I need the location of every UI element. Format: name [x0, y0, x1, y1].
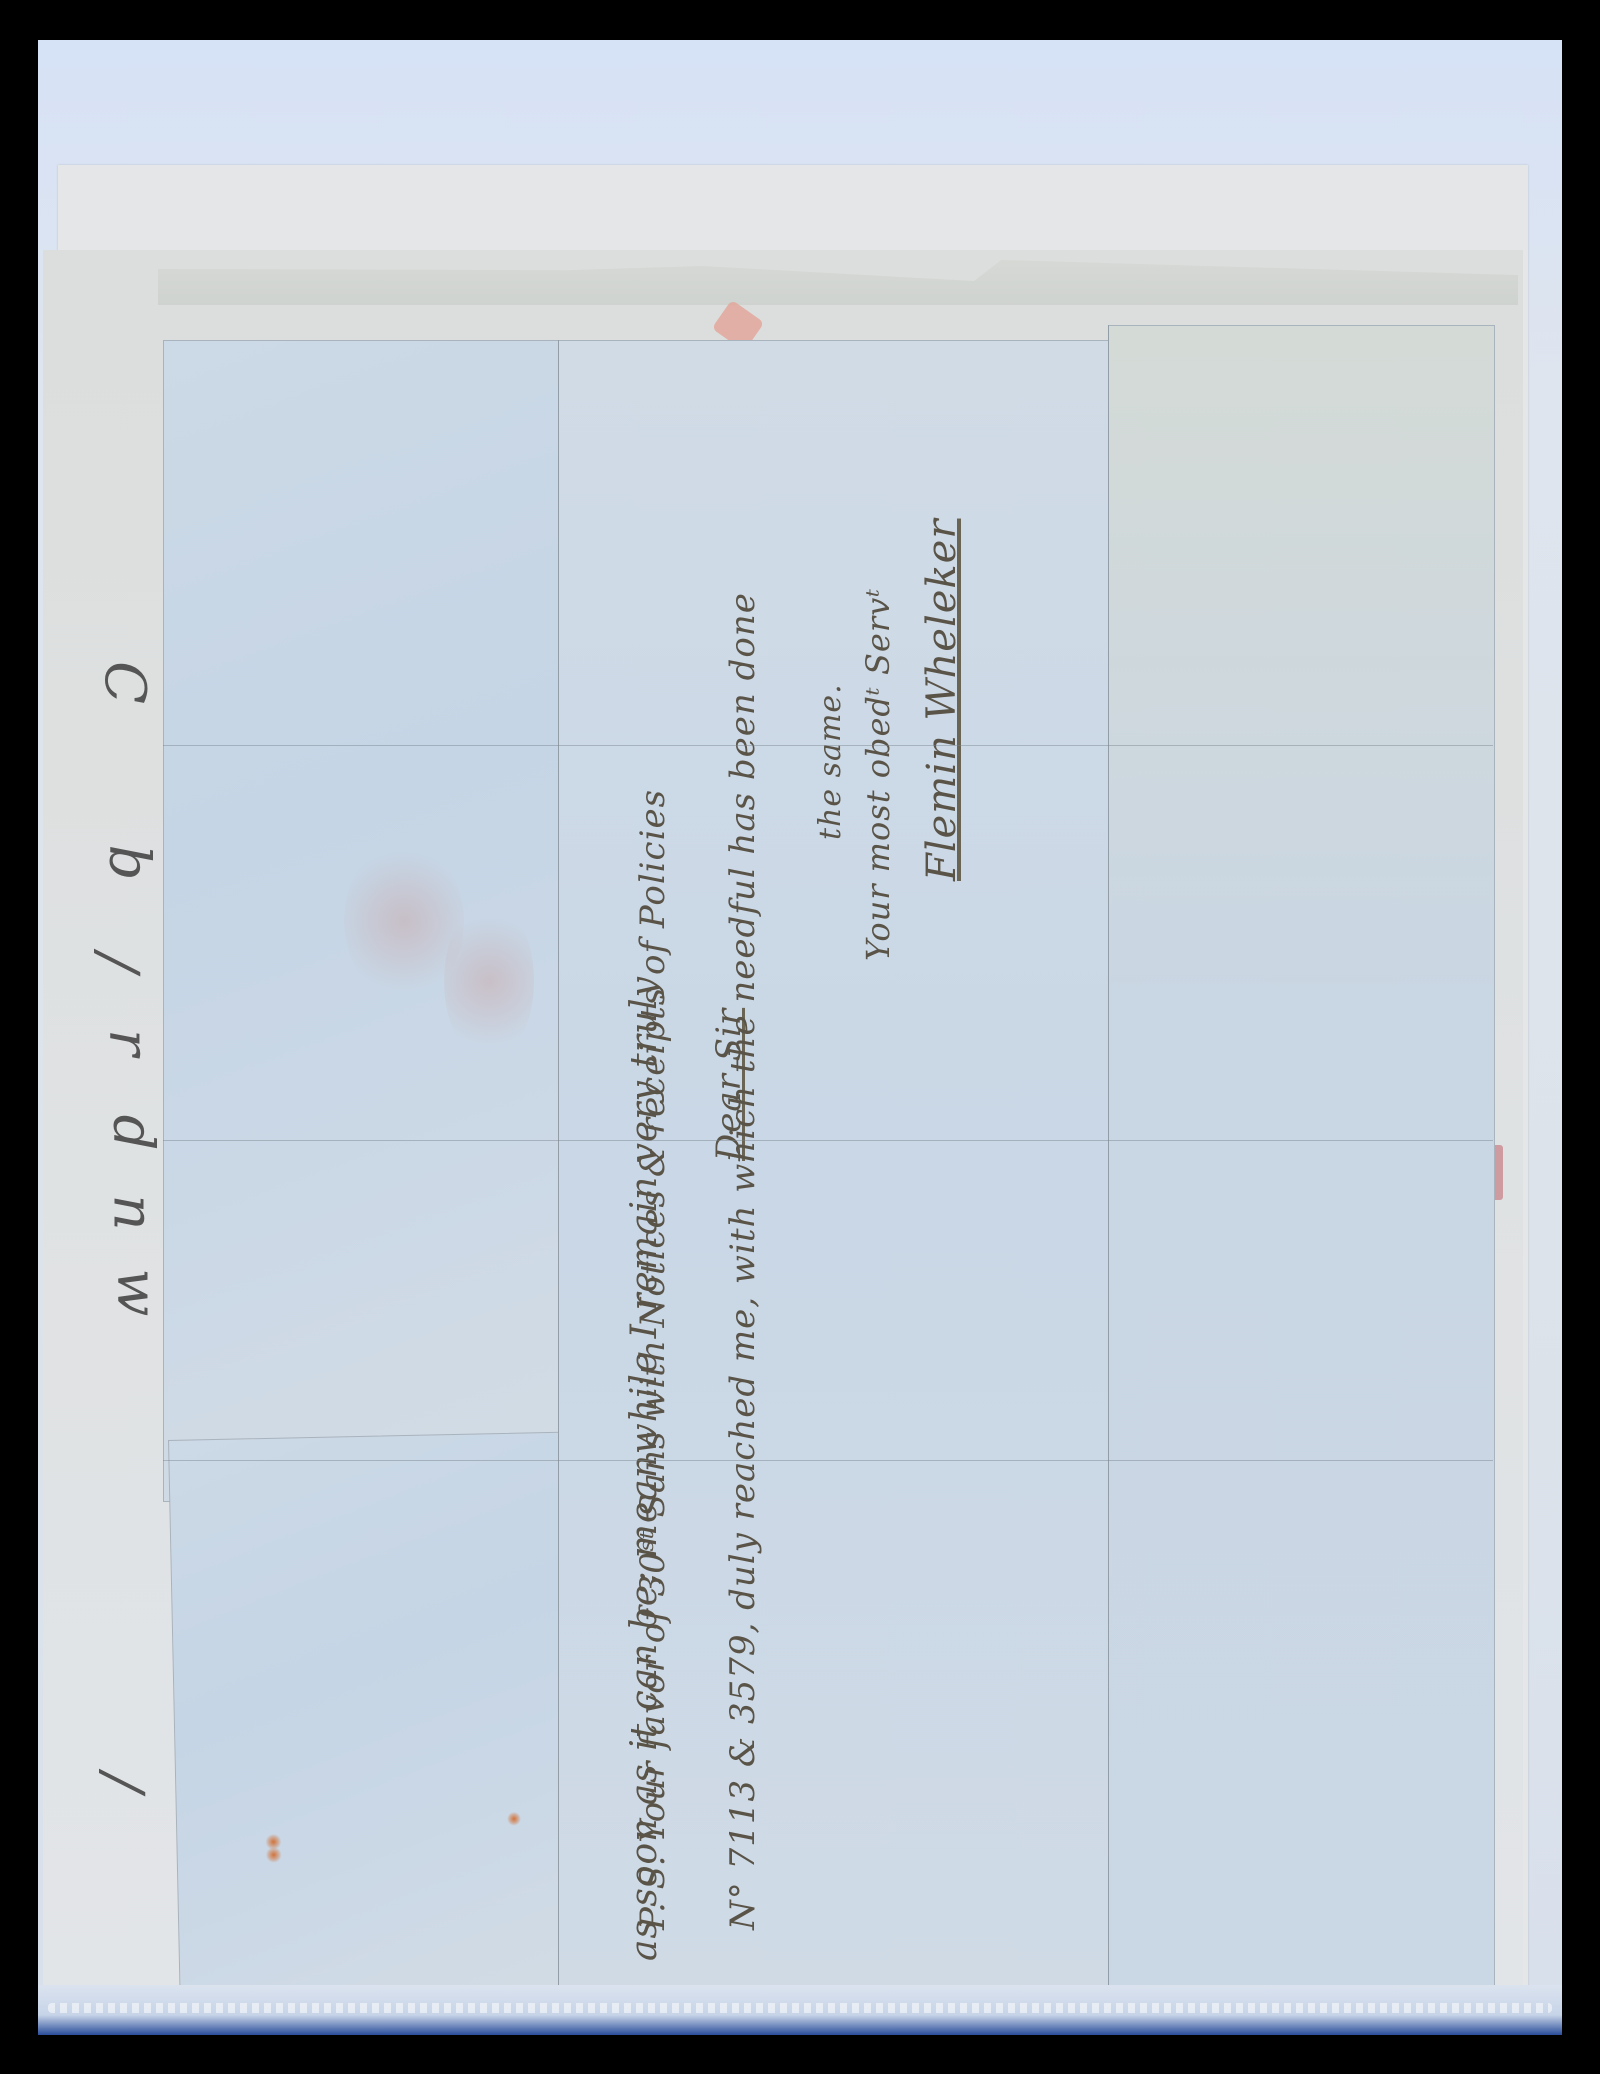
sleeve-bottom-edge: [38, 1985, 1562, 2035]
sleeve-perforation: [48, 2003, 1552, 2013]
fold-crease: [1108, 325, 1109, 2015]
underlying-ink-mark: b: [96, 845, 161, 881]
closing-line: Your most obedᵗ Servᵗ: [859, 588, 897, 961]
letter-panel-left-top: [163, 340, 560, 1502]
postscript-line-2: N° 7113 & 3579, duly reached me, with wh…: [723, 592, 763, 1930]
underlying-ink-mark: r: [96, 1029, 161, 1056]
foxing-stain: [266, 1847, 282, 1863]
letter-panel-right: [1108, 325, 1495, 2017]
faint-stain: [444, 901, 534, 1061]
underlying-ink-mark: n: [101, 1194, 166, 1230]
folded-letter: as soon as it can be; meanwhile I remain…: [163, 280, 1493, 2020]
signature: Flemin Wheleker: [919, 519, 965, 881]
underlying-ink-mark: /: [90, 1773, 155, 1792]
postscript-line-1: P. S. Your favor of 30ˢᵗ Sans with Notic…: [633, 789, 673, 1930]
fold-crease: [163, 745, 1493, 746]
underlying-ink-mark: w: [104, 1269, 169, 1317]
fold-crease: [163, 1140, 1493, 1141]
fold-crease: [558, 340, 559, 2000]
postscript-line-3: the same.: [813, 683, 848, 840]
fold-crease: [163, 1460, 1493, 1461]
letter-panel-left-bottom: [168, 1431, 602, 2017]
foxing-stain: [507, 1812, 521, 1826]
underlying-ink-mark: d: [100, 1115, 165, 1151]
underlying-ink-mark: /: [85, 953, 150, 972]
underlying-ink-mark: C: [92, 661, 157, 704]
album-sleeve: C b / r d n w / as soon as it can be; me…: [38, 40, 1562, 2035]
